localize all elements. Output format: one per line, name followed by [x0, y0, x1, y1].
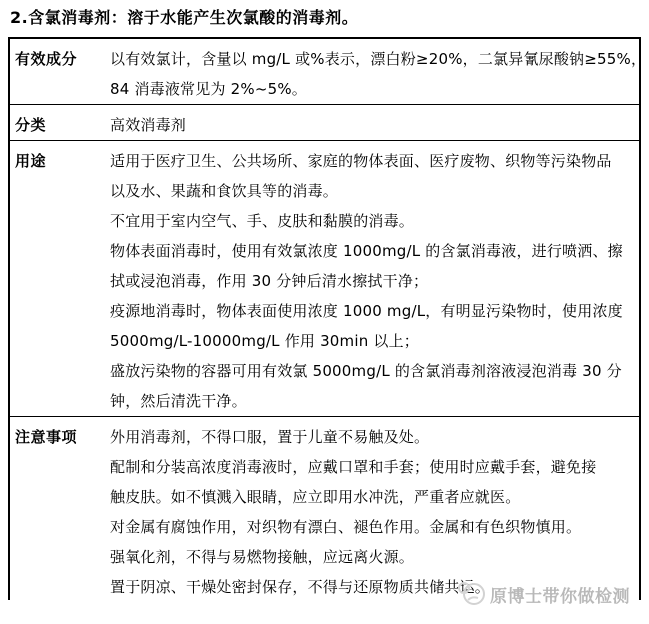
watermark-text: 原博士带你做检测: [490, 582, 630, 607]
content-line: 高效消毒剂: [110, 110, 633, 140]
row-content: 以有效氯计，含量以 mg/L 或%表示，漂白粉≥20%，二氯异氰尿酸钠≥55%，…: [110, 39, 641, 104]
content-line: 强氧化剂，不得与易燃物接触，应远离火源。: [110, 542, 633, 572]
content-line: 以有效氯计，含量以 mg/L 或%表示，漂白粉≥20%，二氯异氰尿酸钠≥55%，: [110, 44, 641, 74]
table-row: 分类高效消毒剂: [10, 105, 639, 141]
row-label: 注意事项: [10, 417, 110, 600]
watermark: 原博士带你做检测: [456, 580, 630, 608]
row-content: 高效消毒剂: [110, 105, 639, 140]
content-line: 外用消毒剂，不得口服，置于儿童不易触及处。: [110, 422, 633, 452]
content-line: 适用于医疗卫生、公共场所、家庭的物体表面、医疗废物、织物等污染物品: [110, 146, 633, 176]
table-row: 注意事项外用消毒剂，不得口服，置于儿童不易触及处。配制和分装高浓度消毒液时，应戴…: [10, 417, 639, 600]
content-line: 物体表面消毒时，使用有效氯浓度 1000mg/L 的含氯消毒液，进行喷洒、擦: [110, 236, 633, 266]
content-line: 盛放污染物的容器可用有效氯 5000mg/L 的含氯消毒剂溶液浸泡消毒 30 分: [110, 356, 633, 386]
content-line: 5000mg/L-10000mg/L 作用 30min 以上；: [110, 326, 633, 356]
content-line: 以及水、果蔬和食饮具等的消毒。: [110, 176, 633, 206]
content-line: 触皮肤。如不慎溅入眼睛，应立即用水冲洗，严重者应就医。: [110, 482, 633, 512]
content-line: 不宜用于室内空气、手、皮肤和黏膜的消毒。: [110, 206, 633, 236]
document-page: 2.含氯消毒剂：溶于水能产生次氯酸的消毒剂。 有效成分以有效氯计，含量以 mg/…: [0, 0, 649, 624]
content-line: 疫源地消毒时，物体表面使用浓度 1000 mg/L，有明显污染物时，使用浓度: [110, 296, 633, 326]
row-label: 用途: [10, 141, 110, 416]
table-row: 用途适用于医疗卫生、公共场所、家庭的物体表面、医疗废物、织物等污染物品以及水、果…: [10, 141, 639, 417]
content-line: 84 消毒液常见为 2%~5%。: [110, 74, 641, 104]
row-content: 适用于医疗卫生、公共场所、家庭的物体表面、医疗废物、织物等污染物品以及水、果蔬和…: [110, 141, 639, 416]
row-label: 有效成分: [10, 39, 110, 104]
disinfectant-info-table: 有效成分以有效氯计，含量以 mg/L 或%表示，漂白粉≥20%，二氯异氰尿酸钠≥…: [8, 37, 641, 600]
content-line: 钟，然后清洗干净。: [110, 386, 633, 416]
content-line: 对金属有腐蚀作用，对织物有漂白、褪色作用。金属和有色织物慎用。: [110, 512, 633, 542]
content-line: 拭或浸泡消毒，作用 30 分钟后清水擦拭干净；: [110, 266, 633, 296]
row-content: 外用消毒剂，不得口服，置于儿童不易触及处。配制和分装高浓度消毒液时，应戴口罩和手…: [110, 417, 639, 600]
doctor-logo-icon: [456, 580, 488, 608]
document-title: 2.含氯消毒剂：溶于水能产生次氯酸的消毒剂。: [10, 6, 358, 30]
row-label: 分类: [10, 105, 110, 140]
table-row: 有效成分以有效氯计，含量以 mg/L 或%表示，漂白粉≥20%，二氯异氰尿酸钠≥…: [10, 39, 639, 105]
content-line: 配制和分装高浓度消毒液时，应戴口罩和手套；使用时应戴手套，避免接: [110, 452, 633, 482]
